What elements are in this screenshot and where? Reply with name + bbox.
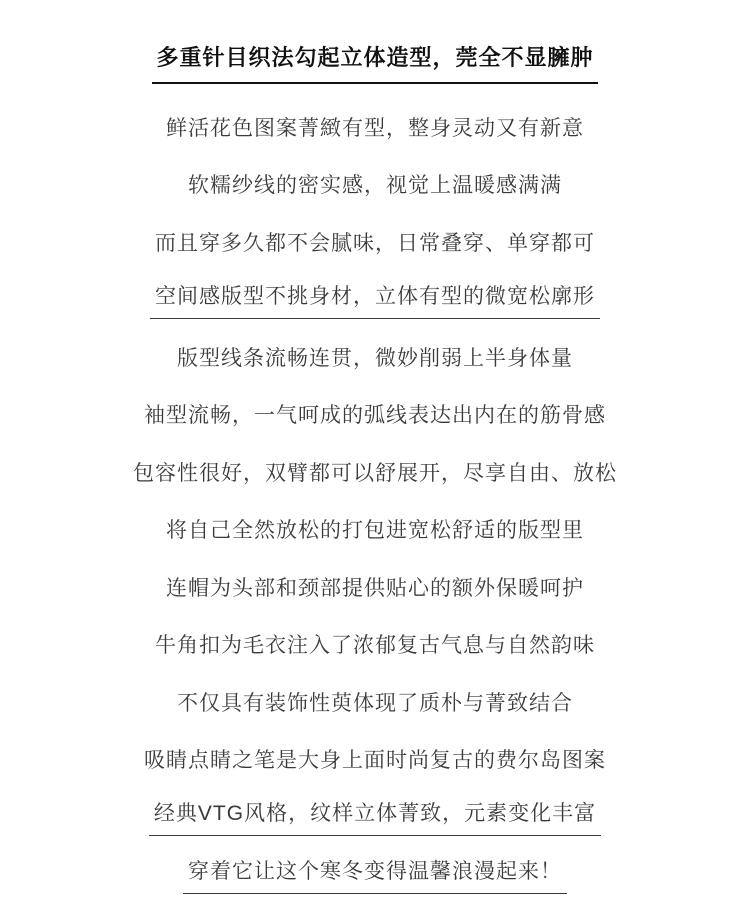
copy-line-text: 版型线条流畅连贯，微妙削弱上半身体量 <box>177 342 573 372</box>
copy-line-14-underlined: 经典VTG风格，纹样立体菁致，元素变化丰富 <box>0 788 750 846</box>
copy-line-10: 连帽为头部和颈部提供贴心的额外保暖呵护 <box>0 558 750 616</box>
copy-line-4: 而且穿多久都不会腻味，日常叠穿、单穿都可 <box>0 213 750 271</box>
copy-line-11: 牛角扣为毛衣注入了浓郁复古气息与自然韵味 <box>0 616 750 674</box>
copy-line-text: 包容性很好，双臂都可以舒展开，尽享自由、放松 <box>133 457 617 487</box>
copy-line-text: 不仅具有装饰性萸体现了质朴与菁致结合 <box>177 687 573 717</box>
copy-line-text: 袖型流畅，一气呵成的弧线表达出内在的筋骨感 <box>144 399 606 429</box>
copy-line-3: 软糯纱线的密实感，视觉上温暖感满满 <box>0 156 750 214</box>
copy-line-text: 牛角扣为毛衣注入了浓郁复古气息与自然韵味 <box>155 629 595 659</box>
copy-line-8: 包容性很好，双臂都可以舒展开，尽享自由、放松 <box>0 443 750 501</box>
copy-line-12: 不仅具有装饰性萸体现了质朴与菁致结合 <box>0 673 750 731</box>
copy-line-9: 将自己全然放松的打包进宽松舒适的版型里 <box>0 501 750 559</box>
copy-line-text: 穿着它让这个寒冬变得温馨浪漫起来！ <box>183 855 567 894</box>
copy-line-6: 版型线条流畅连贯，微妙削弱上半身体量 <box>0 328 750 386</box>
copy-line-text: 而且穿多久都不会腻味，日常叠穿、单穿都可 <box>155 227 595 257</box>
copy-heading-line: 多重针目织法勾起立体造型，莞全不显臃肿 <box>0 33 750 91</box>
copy-line-13: 吸睛点睛之笔是大身上面时尚复古的费尔岛图案 <box>0 731 750 789</box>
product-copy-page: 多重针目织法勾起立体造型，莞全不显臃肿 鲜活花色图案菁緻有型，整身灵动又有新意 … <box>0 0 750 923</box>
copy-line-7: 袖型流畅，一气呵成的弧线表达出内在的筋骨感 <box>0 386 750 444</box>
copy-line-text: 经典VTG风格，纹样立体菁致，元素变化丰富 <box>149 797 601 836</box>
copy-line-5-underlined: 空间感版型不挑身材，立体有型的微宽松廓形 <box>0 271 750 329</box>
copy-line-text: 空间感版型不挑身材，立体有型的微宽松廓形 <box>150 280 600 319</box>
copy-line-text: 鲜活花色图案菁緻有型，整身灵动又有新意 <box>166 112 584 142</box>
copy-line-text: 连帽为头部和颈部提供贴心的额外保暖呵护 <box>166 572 584 602</box>
copy-line-text: 将自己全然放松的打包进宽松舒适的版型里 <box>166 514 584 544</box>
copy-line-2: 鲜活花色图案菁緻有型，整身灵动又有新意 <box>0 98 750 156</box>
copy-line-text: 软糯纱线的密实感，视觉上温暖感满满 <box>188 169 562 199</box>
copy-heading-text: 多重针目织法勾起立体造型，莞全不显臃肿 <box>152 41 597 84</box>
copy-line-15-underlined: 穿着它让这个寒冬变得温馨浪漫起来！ <box>0 846 750 904</box>
copy-line-text: 吸睛点睛之笔是大身上面时尚复古的费尔岛图案 <box>144 744 606 774</box>
